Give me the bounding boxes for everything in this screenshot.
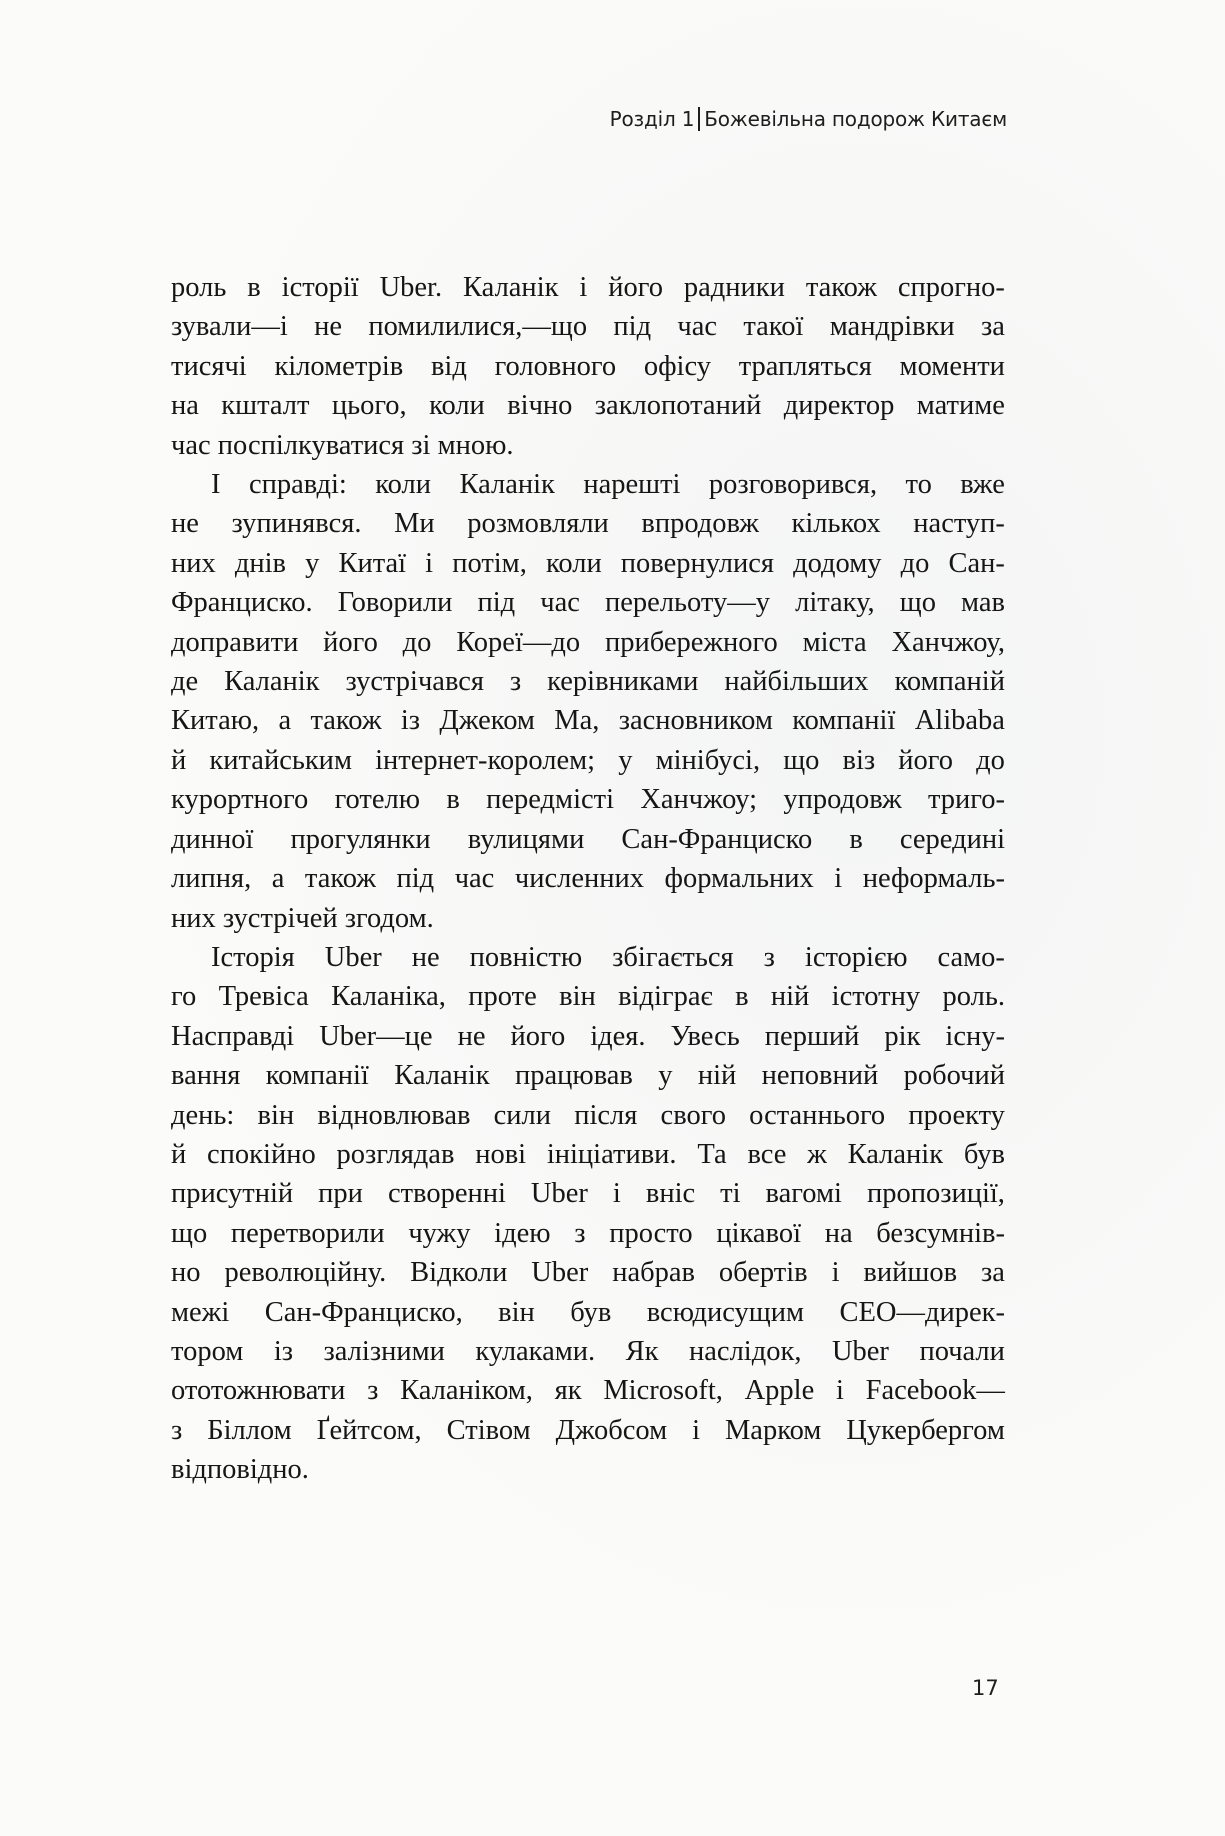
text-line: зували—інепомилилися,—щопідчастакоїмандр… [171,307,1005,346]
book-page: Розділ 1Божевільна подорож Китаєм рольві… [0,0,1225,1836]
page-number: 17 [972,1676,999,1700]
text-line: нихднівуКитаїіпотім,колиповернулисядодом… [171,544,1005,583]
text-line: нореволюційну.ВідколиUberнабравобертівів… [171,1253,1005,1292]
header-separator [698,107,700,131]
text-line: рольвісторіїUber.Каланікійогорадникитако… [171,268,1005,307]
text-line: доправитийогодоКореї—доприбережногоміста… [171,623,1005,662]
text-line: динноїпрогулянкивулицямиСан-Францисковсе… [171,820,1005,859]
text-line: день:вінвідновлювавсилипіслясвогоостаннь… [171,1096,1005,1135]
text-line: НасправдіUber—ценейогоідея.Увесьпершийрі… [171,1017,1005,1056]
text-line: щоперетвориличужуідеюзпростоцікавоїнабез… [171,1214,1005,1253]
paragraph: рольвісторіїUber.Каланікійогорадникитако… [171,268,1005,465]
text-line: гоТревісаКаланіка,протевінвідіграєвнійіс… [171,977,1005,1016]
text-line: липня,атакожпідчасчисленнихформальнихіне… [171,859,1005,898]
text-line: зБілломҐейтсом,СтівомДжобсоміМаркомЦукер… [171,1411,1005,1450]
text-line: тороміззалізнимикулаками.Якнаслідок,Uber… [171,1332,1005,1371]
running-header: Розділ 1Божевільна подорож Китаєм [610,107,1007,131]
chapter-label: Розділ 1 [610,107,695,131]
paragraph: Ісправді:колиКаланікнарештірозговорився,… [171,465,1005,938]
text-line: відповідно. [171,1450,1005,1489]
text-line: незупинявся.Мирозмовляливпродовжкількохн… [171,504,1005,543]
chapter-title: Божевільна подорож Китаєм [704,107,1007,131]
text-line: ототожнюватизКаланіком,якMicrosoft,Apple… [171,1371,1005,1410]
body-text: рольвісторіїUber.Каланікійогорадникитако… [171,268,1005,1490]
text-line: час поспілкуватися зі мною. [171,426,1005,465]
text-line: Китаю,атакожізДжекомМа,засновникомкомпан… [171,701,1005,740]
text-line: тисячікілометріввідголовногоофісутраплят… [171,347,1005,386]
text-line: Франциско.Говорилипідчасперельоту—улітак… [171,583,1005,622]
text-line: них зустрічей згодом. [171,899,1005,938]
text-line: ІсторіяUberнеповністюзбігаєтьсязісторією… [171,938,1005,977]
text-line: курортногоготелювпередмістіХанчжоу;упрод… [171,780,1005,819]
paragraph: ІсторіяUberнеповністюзбігаєтьсязісторією… [171,938,1005,1490]
text-line: присутнійпристворенніUberівністівагоміпр… [171,1174,1005,1213]
text-line: Ісправді:колиКаланікнарештірозговорився,… [171,465,1005,504]
text-line: межіСан-Франциско,вінбуввсюдисущимCEO—ди… [171,1293,1005,1332]
text-line: йспокійнорозглядавновіініціативи.ТавсежК… [171,1135,1005,1174]
text-line: ваннякомпаніїКаланікпрацювавунійнеповний… [171,1056,1005,1095]
text-line: деКаланікзустрічавсязкерівникаминайбільш… [171,662,1005,701]
text-line: накшталтцього,коливічнозаклопотанийдирек… [171,386,1005,425]
text-line: йкитайськимінтернет-королем;умінібусі,що… [171,741,1005,780]
